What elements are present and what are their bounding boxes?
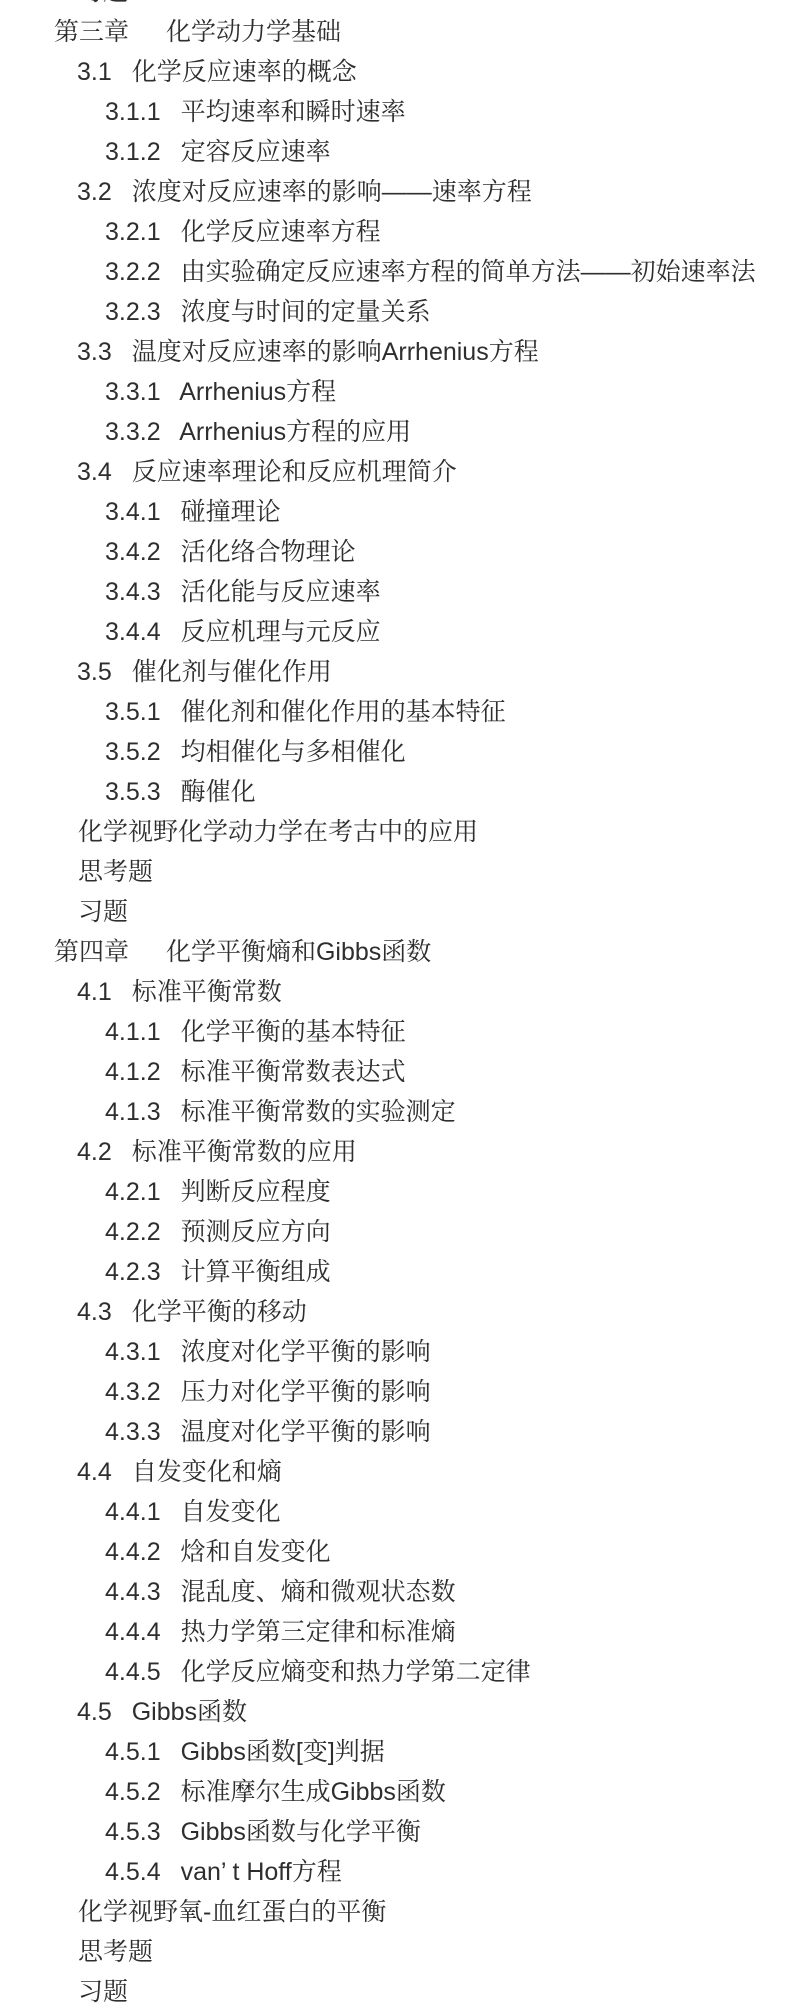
toc-entry: 3.2.3 浓度与时间的定量关系 xyxy=(0,292,790,332)
toc-entry: 4.4.2 焓和自发变化 xyxy=(0,1532,790,1572)
toc-entry: 习题 xyxy=(0,1972,790,2012)
entry-number: 4.5.3 xyxy=(105,1812,161,1852)
entry-number: 3.4.4 xyxy=(105,612,161,652)
entry-title: Gibbs函数 xyxy=(132,1698,247,1726)
entry-number: 4.4.3 xyxy=(105,1572,161,1612)
toc-entry: 3.5.3 酶催化 xyxy=(0,772,790,812)
toc-entry: 4.3.3 温度对化学平衡的影响 xyxy=(0,1412,790,1452)
toc-entry: 4.5.3 Gibbs函数与化学平衡 xyxy=(0,1812,790,1852)
toc-entry: 4.1.2 标准平衡常数表达式 xyxy=(0,1052,790,1092)
entry-title: 热力学第三定律和标准熵 xyxy=(181,1618,456,1646)
entry-number: 4.2.3 xyxy=(105,1252,161,1292)
entry-number: 4.2.1 xyxy=(105,1172,161,1212)
toc-entry: 习题 xyxy=(0,892,790,932)
entry-title: 浓度与时间的定量关系 xyxy=(181,298,431,326)
toc-entry: 3.3.2 Arrhenius方程的应用 xyxy=(0,412,790,452)
entry-number: 4.4.4 xyxy=(105,1612,161,1652)
entry-title: 焓和自发变化 xyxy=(181,1538,331,1566)
toc-entry: 4.4.3 混乱度、熵和微观状态数 xyxy=(0,1572,790,1612)
toc-entry: 3.3.1 Arrhenius方程 xyxy=(0,372,790,412)
entry-number: 4.1.2 xyxy=(105,1052,161,1092)
toc-entry: 3.1.1 平均速率和瞬时速率 xyxy=(0,92,790,132)
toc-entry: 3.4.3 活化能与反应速率 xyxy=(0,572,790,612)
entry-title: 标准平衡常数的实验测定 xyxy=(181,1098,456,1126)
entry-title: 习题 xyxy=(78,0,128,6)
entry-number: 3.1 xyxy=(77,52,112,92)
entry-number: 3.1.1 xyxy=(105,92,161,132)
toc-entry: 4.1 标准平衡常数 xyxy=(0,972,790,1012)
entry-title: 压力对化学平衡的影响 xyxy=(181,1378,431,1406)
toc-entry: 4.5.4 van’ t Hoff方程 xyxy=(0,1852,790,1892)
toc-entry: 3.1.2 定容反应速率 xyxy=(0,132,790,172)
entry-number: 4.2 xyxy=(77,1132,112,1172)
entry-title: 活化能与反应速率 xyxy=(181,578,381,606)
entry-title: 活化络合物理论 xyxy=(181,538,356,566)
toc-page: 习题 第三章 化学动力学基础 3.1 化学反应速率的概念 3.1.1 平均速率和… xyxy=(0,0,790,2014)
entry-title: 由实验确定反应速率方程的简单方法——初始速率法 xyxy=(181,258,756,286)
entry-number: 3.5.3 xyxy=(105,772,161,812)
entry-number: 4.1.3 xyxy=(105,1092,161,1132)
entry-title: 酶催化 xyxy=(181,778,256,806)
entry-number: 3.2 xyxy=(77,172,112,212)
entry-title: 化学动力学基础 xyxy=(166,18,341,46)
entry-title: 化学平衡熵和Gibbs函数 xyxy=(166,938,431,966)
toc-entry: 4.4 自发变化和熵 xyxy=(0,1452,790,1492)
toc-entry: 4.2 标准平衡常数的应用 xyxy=(0,1132,790,1172)
toc-entry: 3.2.1 化学反应速率方程 xyxy=(0,212,790,252)
table-of-contents: 习题 第三章 化学动力学基础 3.1 化学反应速率的概念 3.1.1 平均速率和… xyxy=(0,0,790,2012)
entry-number: 4.1.1 xyxy=(105,1012,161,1052)
entry-number: 3.5.2 xyxy=(105,732,161,772)
toc-entry: 第三章 化学动力学基础 xyxy=(0,12,790,52)
toc-entry: 3.2 浓度对反应速率的影响——速率方程 xyxy=(0,172,790,212)
toc-entry: 4.2.1 判断反应程度 xyxy=(0,1172,790,1212)
entry-title: 化学视野化学动力学在考古中的应用 xyxy=(78,818,478,846)
entry-number: 3.4.2 xyxy=(105,532,161,572)
entry-number: 3.3 xyxy=(77,332,112,372)
entry-title: Gibbs函数与化学平衡 xyxy=(181,1818,421,1846)
entry-title: 自发变化 xyxy=(181,1498,281,1526)
entry-title: 化学平衡的移动 xyxy=(132,1298,307,1326)
entry-title: 化学视野氧-血红蛋白的平衡 xyxy=(78,1898,386,1926)
entry-number: 4.1 xyxy=(77,972,112,1012)
entry-title: 思考题 xyxy=(78,858,153,886)
entry-title: 催化剂与催化作用 xyxy=(132,658,332,686)
entry-title: van’ t Hoff方程 xyxy=(181,1858,342,1886)
entry-title: 浓度对反应速率的影响——速率方程 xyxy=(132,178,532,206)
entry-title: 判断反应程度 xyxy=(181,1178,331,1206)
entry-number: 3.2.3 xyxy=(105,292,161,332)
toc-entry: 3.1 化学反应速率的概念 xyxy=(0,52,790,92)
entry-title: 化学反应速率方程 xyxy=(181,218,381,246)
entry-number: 第四章 xyxy=(54,932,129,972)
entry-title: 碰撞理论 xyxy=(181,498,281,526)
entry-title: 温度对化学平衡的影响 xyxy=(181,1418,431,1446)
entry-title: 反应机理与元反应 xyxy=(181,618,381,646)
entry-number: 4.5 xyxy=(77,1692,112,1732)
entry-title: 习题 xyxy=(78,1978,128,2006)
entry-number: 3.4 xyxy=(77,452,112,492)
toc-entry: 4.1.3 标准平衡常数的实验测定 xyxy=(0,1092,790,1132)
toc-entry: 3.3 温度对反应速率的影响Arrhenius方程 xyxy=(0,332,790,372)
entry-number: 3.1.2 xyxy=(105,132,161,172)
entry-number: 第三章 xyxy=(54,12,129,52)
entry-number: 4.4.2 xyxy=(105,1532,161,1572)
entry-title: 反应速率理论和反应机理简介 xyxy=(132,458,457,486)
entry-title: 标准平衡常数 xyxy=(132,978,282,1006)
toc-entry: 3.5.1 催化剂和催化作用的基本特征 xyxy=(0,692,790,732)
entry-title: 标准平衡常数表达式 xyxy=(181,1058,406,1086)
toc-entry: 4.3.1 浓度对化学平衡的影响 xyxy=(0,1332,790,1372)
entry-title: 计算平衡组成 xyxy=(181,1258,331,1286)
toc-entry: 4.2.3 计算平衡组成 xyxy=(0,1252,790,1292)
toc-entry: 思考题 xyxy=(0,852,790,892)
toc-entry: 3.4.4 反应机理与元反应 xyxy=(0,612,790,652)
entry-title: 标准摩尔生成Gibbs函数 xyxy=(181,1778,446,1806)
entry-number: 3.2.1 xyxy=(105,212,161,252)
entry-number: 3.3.2 xyxy=(105,412,161,452)
entry-number: 3.5.1 xyxy=(105,692,161,732)
entry-number: 4.3.1 xyxy=(105,1332,161,1372)
entry-title: 定容反应速率 xyxy=(181,138,331,166)
entry-number: 3.4.3 xyxy=(105,572,161,612)
toc-entry: 4.5 Gibbs函数 xyxy=(0,1692,790,1732)
entry-number: 3.3.1 xyxy=(105,372,161,412)
entry-number: 4.4.5 xyxy=(105,1652,161,1692)
toc-entry: 化学视野氧-血红蛋白的平衡 xyxy=(0,1892,790,1932)
toc-entry: 3.5 催化剂与催化作用 xyxy=(0,652,790,692)
toc-entry: 3.4 反应速率理论和反应机理简介 xyxy=(0,452,790,492)
toc-entry: 4.3.2 压力对化学平衡的影响 xyxy=(0,1372,790,1412)
entry-title: 自发变化和熵 xyxy=(132,1458,282,1486)
toc-entry: 3.2.2 由实验确定反应速率方程的简单方法——初始速率法 xyxy=(0,252,790,292)
entry-title: 混乱度、熵和微观状态数 xyxy=(181,1578,456,1606)
entry-number: 4.2.2 xyxy=(105,1212,161,1252)
entry-number: 4.4 xyxy=(77,1452,112,1492)
entry-title: 标准平衡常数的应用 xyxy=(132,1138,357,1166)
toc-entry: 4.3 化学平衡的移动 xyxy=(0,1292,790,1332)
toc-entry: 思考题 xyxy=(0,1932,790,1972)
entry-title: Arrhenius方程 xyxy=(179,378,336,406)
entry-number: 3.4.1 xyxy=(105,492,161,532)
entry-number: 4.5.4 xyxy=(105,1852,161,1892)
toc-entry: 4.4.1 自发变化 xyxy=(0,1492,790,1532)
entry-title: 温度对反应速率的影响Arrhenius方程 xyxy=(132,338,539,366)
entry-title: 习题 xyxy=(78,898,128,926)
toc-entry: 4.4.5 化学反应熵变和热力学第二定律 xyxy=(0,1652,790,1692)
entry-title: 化学反应速率的概念 xyxy=(132,58,357,86)
entry-number: 3.5 xyxy=(77,652,112,692)
toc-entry: 化学视野化学动力学在考古中的应用 xyxy=(0,812,790,852)
toc-entry-partial-top: 习题 xyxy=(0,0,790,12)
entry-number: 4.5.1 xyxy=(105,1732,161,1772)
entry-number: 4.3.3 xyxy=(105,1412,161,1452)
entry-title: 思考题 xyxy=(78,1938,153,1966)
entry-number: 4.3.2 xyxy=(105,1372,161,1412)
toc-entry: 4.2.2 预测反应方向 xyxy=(0,1212,790,1252)
entry-title: 预测反应方向 xyxy=(181,1218,331,1246)
toc-entry: 4.5.2 标准摩尔生成Gibbs函数 xyxy=(0,1772,790,1812)
entry-title: Gibbs函数[变]判据 xyxy=(181,1738,385,1766)
entry-title: 浓度对化学平衡的影响 xyxy=(181,1338,431,1366)
toc-entry: 3.4.1 碰撞理论 xyxy=(0,492,790,532)
toc-entry: 4.5.1 Gibbs函数[变]判据 xyxy=(0,1732,790,1772)
entry-number: 4.3 xyxy=(77,1292,112,1332)
entry-title: Arrhenius方程的应用 xyxy=(179,418,411,446)
toc-entry: 第四章 化学平衡熵和Gibbs函数 xyxy=(0,932,790,972)
toc-entry: 4.4.4 热力学第三定律和标准熵 xyxy=(0,1612,790,1652)
entry-title: 化学平衡的基本特征 xyxy=(181,1018,406,1046)
toc-entry: 4.1.1 化学平衡的基本特征 xyxy=(0,1012,790,1052)
entry-number: 3.2.2 xyxy=(105,252,161,292)
toc-entry: 3.5.2 均相催化与多相催化 xyxy=(0,732,790,772)
entry-title: 均相催化与多相催化 xyxy=(181,738,406,766)
entry-title: 化学反应熵变和热力学第二定律 xyxy=(181,1658,531,1686)
toc-entry: 3.4.2 活化络合物理论 xyxy=(0,532,790,572)
entry-number: 4.5.2 xyxy=(105,1772,161,1812)
entry-title: 催化剂和催化作用的基本特征 xyxy=(181,698,506,726)
entry-title: 平均速率和瞬时速率 xyxy=(181,98,406,126)
entry-number: 4.4.1 xyxy=(105,1492,161,1532)
